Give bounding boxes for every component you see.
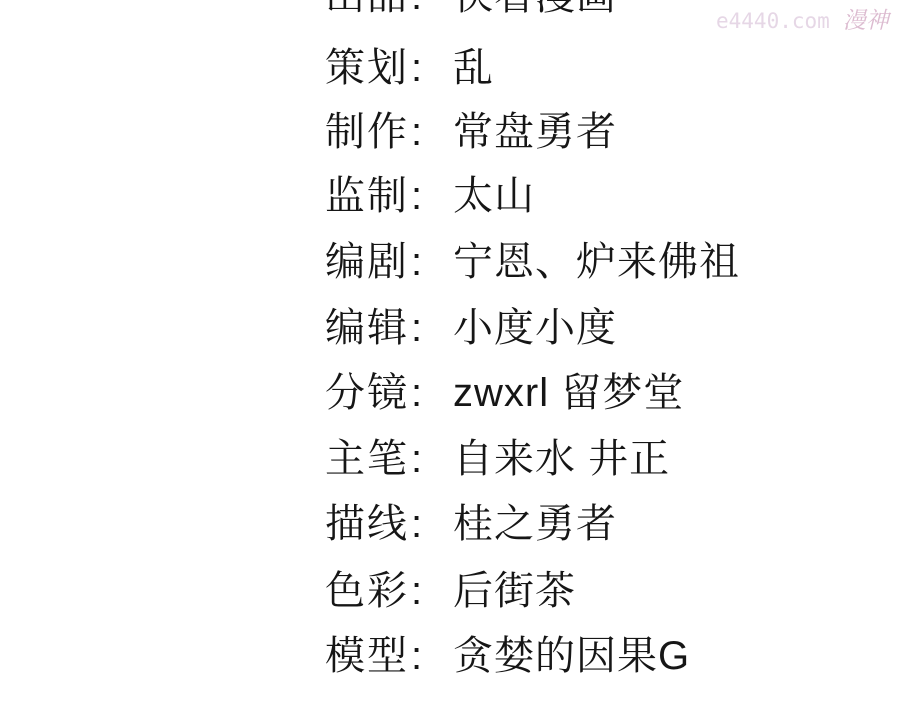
credit-name: 宁恩、炉来佛祖: [453, 242, 740, 282]
credit-role: 编辑: [325, 308, 409, 348]
credit-role: 监制: [325, 176, 409, 216]
credit-row-planning: 策划 : 乱: [325, 48, 494, 88]
credit-name: 自来水 井正: [453, 439, 670, 479]
credit-colon: :: [409, 242, 453, 282]
credit-name: 贪婪的因果G: [453, 636, 690, 676]
watermark: e4440.com 漫神: [716, 2, 889, 28]
credit-colon: :: [409, 308, 453, 348]
credit-role: 出品: [325, 0, 409, 16]
credit-colon: :: [409, 112, 453, 152]
credit-name: zwxrl 留梦堂: [453, 373, 684, 413]
credit-name: 乱: [453, 48, 494, 88]
credit-colon: :: [409, 504, 453, 544]
credit-row-editor: 编辑 : 小度小度: [325, 308, 617, 348]
credit-row-storyboard: 分镜 : zwxrl 留梦堂: [325, 373, 684, 413]
credit-name: 太山: [453, 176, 535, 216]
credit-name: 常盘勇者: [453, 112, 617, 152]
credit-name: 小度小度: [453, 308, 617, 348]
credit-role: 模型: [325, 636, 409, 676]
credit-colon: :: [409, 48, 453, 88]
credit-colon: :: [409, 636, 453, 676]
credit-row-lineart: 描线 : 桂之勇者: [325, 504, 617, 544]
credit-colon: :: [409, 176, 453, 216]
credit-row-supervisor: 监制 : 太山: [325, 176, 535, 216]
credits-page: e4440.com 漫神 出品 : 快看漫画 策划 : 乱 制作 : 常盘勇者 …: [0, 0, 900, 702]
credit-role: 分镜: [325, 373, 409, 413]
credit-role: 制作: [325, 112, 409, 152]
credit-colon: :: [409, 373, 453, 413]
credit-row-screenwriter: 编剧 : 宁恩、炉来佛祖: [325, 242, 740, 282]
credit-row-color: 色彩 : 后街茶: [325, 571, 576, 611]
credit-row-model: 模型 : 贪婪的因果G: [325, 636, 690, 676]
credit-role: 编剧: [325, 242, 409, 282]
credit-colon: :: [409, 0, 453, 16]
credit-row-production: 制作 : 常盘勇者: [325, 112, 617, 152]
credit-role: 描线: [325, 504, 409, 544]
credit-role: 主笔: [325, 439, 409, 479]
credit-name: 后街茶: [453, 571, 576, 611]
credit-colon: :: [409, 439, 453, 479]
credit-name: 桂之勇者: [453, 504, 617, 544]
credit-role: 色彩: [325, 571, 409, 611]
credit-row-lead-artist: 主笔 : 自来水 井正: [325, 439, 670, 479]
credit-row-producer: 出品 : 快看漫画: [325, 0, 617, 16]
credit-name: 快看漫画: [453, 0, 617, 16]
credit-role: 策划: [325, 48, 409, 88]
watermark-site-text: e4440.com: [716, 9, 830, 33]
watermark-brand-text: 漫神: [843, 2, 889, 35]
credit-colon: :: [409, 571, 453, 611]
